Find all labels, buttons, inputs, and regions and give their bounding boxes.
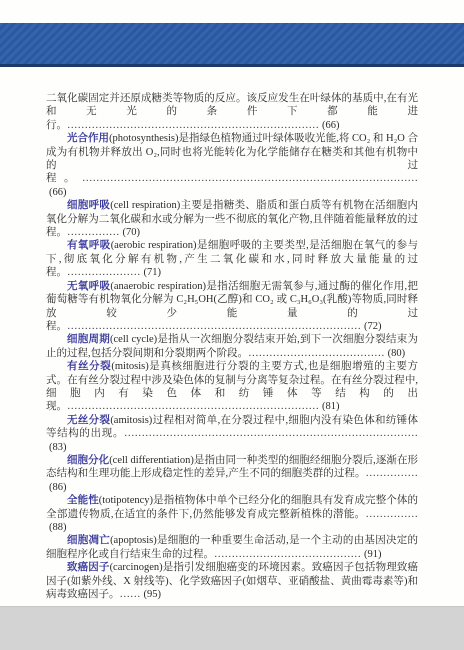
glossary-entry: 细胞周期(cell cycle)是指从一次细胞分裂结束开始,到下一次细胞分裂结束… bbox=[46, 333, 418, 360]
term: 细胞呼吸 bbox=[67, 200, 110, 211]
leader-dots: ………………………………… bbox=[248, 348, 385, 359]
page-ref: (72) bbox=[361, 321, 382, 332]
term-en: (aerobic respiration) bbox=[111, 240, 197, 251]
page-ref: (80) bbox=[385, 348, 406, 359]
page-ref: (81) bbox=[319, 401, 340, 412]
page-ref: (66) bbox=[319, 120, 340, 131]
page-ref: (88) bbox=[46, 522, 67, 533]
glossary-entry: 无氧呼吸(anaerobic respiration)是指活细胞无需氧参与,通过… bbox=[46, 280, 418, 334]
glossary-entry: 光合作用(photosynthesis)是指绿色植物通过叶绿体吸收光能,将 CO… bbox=[46, 132, 418, 199]
page-ref: (66) bbox=[46, 187, 67, 198]
leader-dots: …………… bbox=[67, 227, 120, 238]
glossary-entry: 细胞呼吸(cell respiration)主要是指糖类、脂质和蛋白质等有机物在… bbox=[46, 199, 418, 239]
term: 光合作用 bbox=[67, 133, 109, 144]
term: 细胞凋亡 bbox=[67, 535, 110, 546]
leader-dots: …… bbox=[120, 589, 141, 600]
glossary-entry: 全能性(totipotency)是指植物体中单个已经分化的细胞具有发育成完整个体… bbox=[46, 494, 418, 534]
term-en: (apoptosis) bbox=[110, 535, 157, 546]
term: 细胞分化 bbox=[67, 455, 109, 466]
header-band bbox=[0, 23, 464, 67]
term: 细胞周期 bbox=[67, 334, 110, 345]
term-en: (anaerobic respiration) bbox=[110, 281, 206, 292]
page-ref: (86) bbox=[46, 482, 67, 493]
term: 无丝分裂 bbox=[67, 415, 110, 426]
page-ref: (95) bbox=[141, 589, 162, 600]
leader-dots: …………… bbox=[366, 509, 419, 520]
glossary-content: 二氧化碳固定并还原成糖类等物质的反应。该反应发生在叶绿体的基质中,在有光和无光的… bbox=[46, 92, 418, 601]
glossary-entry: 二氧化碳固定并还原成糖类等物质的反应。该反应发生在叶绿体的基质中,在有光和无光的… bbox=[46, 92, 418, 132]
glossary-entry: 细胞分化(cell differentiation)是指由同一种类型的细胞经细胞… bbox=[46, 454, 418, 494]
glossary-entry: 细胞凋亡(apoptosis)是细胞的一种重要生命活动,是一个主动的由基因决定的… bbox=[46, 534, 418, 561]
term: 致癌因子 bbox=[67, 562, 110, 573]
term: 有丝分裂 bbox=[67, 361, 111, 372]
leader-dots: ………………………………………………………………………… bbox=[124, 428, 418, 439]
term-en: (amitosis) bbox=[110, 415, 152, 426]
leader-dots: …………… bbox=[366, 468, 419, 479]
term-en: (cell differentiation) bbox=[109, 455, 194, 466]
page-ref: (83) bbox=[46, 442, 67, 453]
glossary-entry: 致癌因子(carcinogen)是指引发细胞癌变的环境因素。致癌因子包括物理致癌… bbox=[46, 561, 418, 601]
term-en: (cell respiration) bbox=[110, 200, 180, 211]
leader-dots: …………………………………………………………………………………… bbox=[82, 173, 418, 184]
leader-dots: …………………………………… bbox=[214, 549, 361, 560]
leader-dots: ………………… bbox=[67, 267, 141, 278]
page-ref: (91) bbox=[361, 549, 382, 560]
term-en: (photosynthesis) bbox=[109, 133, 178, 144]
term-en: (totipotency) bbox=[99, 495, 153, 506]
term-en: (carcinogen) bbox=[110, 562, 163, 573]
glossary-entry: 有丝分裂(mitosis)是真核细胞进行分裂的主要方式,也是细胞增殖的主要方式。… bbox=[46, 360, 418, 414]
page-ref: (70) bbox=[120, 227, 141, 238]
page-ref: (71) bbox=[141, 267, 162, 278]
glossary-entry: 有氧呼吸(aerobic respiration)是细胞呼吸的主要类型,是活细胞… bbox=[46, 239, 418, 279]
leader-dots: ………………………………………………………………………… bbox=[67, 321, 361, 332]
leader-dots: ……………………………………………………………… bbox=[67, 120, 319, 131]
glossary-entry: 无丝分裂(amitosis)过程相对简单,在分裂过程中,细胞内没有染色体和纺锤体… bbox=[46, 414, 418, 454]
term-en: (cell cycle) bbox=[110, 334, 157, 345]
book-page: 二氧化碳固定并还原成糖类等物质的反应。该反应发生在叶绿体的基质中,在有光和无光的… bbox=[0, 0, 464, 606]
term: 有氧呼吸 bbox=[67, 240, 111, 251]
term-en: (mitosis) bbox=[111, 361, 148, 372]
term: 全能性 bbox=[67, 495, 99, 506]
scan-background-strip bbox=[0, 606, 464, 650]
leader-dots: ……………………………………………………………… bbox=[67, 401, 319, 412]
term: 无氧呼吸 bbox=[67, 281, 110, 292]
